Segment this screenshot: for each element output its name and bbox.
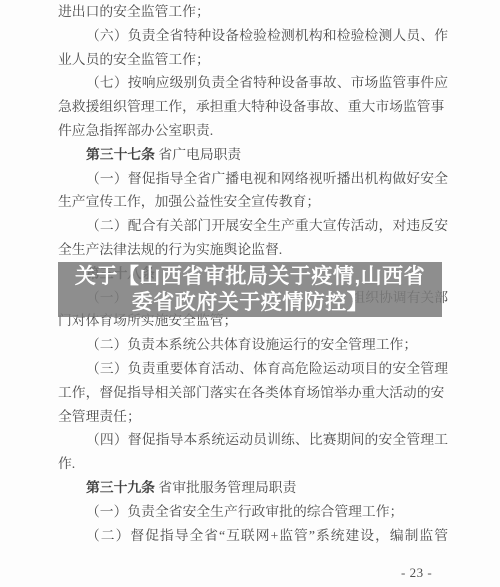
line-text: 省广电局职责 — [155, 147, 241, 162]
line-text: （七）按响应级别负责全省特种设备事故、市场监管事件应 — [86, 75, 448, 90]
document-line: 作. — [58, 452, 448, 476]
line-text: （三）负责重要体育活动、体育高危险运动项目的安全管理 — [86, 361, 448, 376]
line-text: 全生产法律法规的行为实施舆论监督. — [58, 242, 282, 257]
line-text: 省审批服务管理局职责 — [155, 480, 296, 495]
document-line: 工作，督促指导相关部门落实在各类体育场馆举办重大活动的安 — [58, 381, 448, 405]
document-line: 全生产法律法规的行为实施舆论监督. — [58, 238, 448, 262]
line-text: 工作，督促指导相关部门落实在各类体育场馆举办重大活动的安 — [58, 385, 444, 400]
line-text: 全管理责任； — [58, 409, 141, 424]
document-line: （六）负责全省特种设备检验检测机构和检验检测人员、作 — [58, 24, 448, 48]
line-text: （六）负责全省特种设备检验检测机构和检验检测人员、作 — [86, 28, 448, 43]
document-line: （二）配合有关部门开展安全生产重大宣传活动，对违反安 — [58, 214, 448, 238]
document-line: 进出口的安全监管工作； — [58, 0, 448, 24]
document-line: （一）督促指导全省广播电视和网络视听播出机构做好安全 — [58, 167, 448, 191]
line-text: （二）督促指导全省“互联网+监管”系统建设，编制监管 — [86, 528, 448, 543]
document-line: 第三十七条 省广电局职责 — [58, 143, 448, 167]
document-line: （二）负责本系统公共体育设施运行的安全管理工作； — [58, 333, 448, 357]
document-line: （七）按响应级别负责全省特种设备事故、市场监管事件应 — [58, 71, 448, 95]
line-text: 进出口的安全监管工作； — [58, 4, 210, 19]
line-text: 急救援组织管理工作，承担重大特种设备事故、重大市场监管事 — [58, 99, 444, 114]
document-line: 生产宣传工作，加强公益性安全宣传教育； — [58, 190, 448, 214]
document-line: 业人员的安全监管工作； — [58, 48, 448, 72]
document-line: （四）督促指导本系统运动员训练、比赛期间的安全管理工 — [58, 428, 448, 452]
line-text: 作. — [58, 456, 75, 471]
overlay-title-line1: 关于【山西省审批局关于疫情,山西省 — [75, 264, 425, 290]
line-text: 件应急指挥部办公室职责. — [58, 123, 213, 138]
document-line: 第三十九条 省审批服务管理局职责 — [58, 476, 448, 500]
document-line: 件应急指挥部办公室职责. — [58, 119, 448, 143]
article-number: 第三十七条 — [86, 147, 155, 162]
line-text: （四）督促指导本系统运动员训练、比赛期间的安全管理工 — [86, 432, 448, 447]
document-line: （二）督促指导全省“互联网+监管”系统建设，编制监管 — [58, 524, 448, 548]
document-line: （三）负责重要体育活动、体育高危险运动项目的安全管理 — [58, 357, 448, 381]
line-text: 业人员的安全监管工作； — [58, 52, 210, 67]
scanned-document-page: 进出口的安全监管工作；（六）负责全省特种设备检验检测机构和检验检测人员、作业人员… — [0, 0, 500, 587]
line-text: 生产宣传工作，加强公益性安全宣传教育； — [58, 194, 320, 209]
page-number: - 23 - — [401, 565, 432, 581]
article-number: 第三十九条 — [86, 480, 155, 495]
document-line: （一）负责全省安全生产行政审批的综合管理工作； — [58, 500, 448, 524]
overlay-title-line2: 委省政府关于疫情防控】 — [132, 290, 369, 316]
line-text: （一）负责全省安全生产行政审批的综合管理工作； — [86, 504, 403, 519]
overlay-title-banner: 关于【山西省审批局关于疫情,山西省 委省政府关于疫情防控】 — [58, 262, 442, 317]
document-line: 急救援组织管理工作，承担重大特种设备事故、重大市场监管事 — [58, 95, 448, 119]
line-text: （二）配合有关部门开展安全生产重大宣传活动，对违反安 — [86, 218, 448, 233]
line-text: （二）负责本系统公共体育设施运行的安全管理工作； — [86, 337, 417, 352]
document-line: 全管理责任； — [58, 405, 448, 429]
line-text: （一）督促指导全省广播电视和网络视听播出机构做好安全 — [86, 171, 448, 186]
